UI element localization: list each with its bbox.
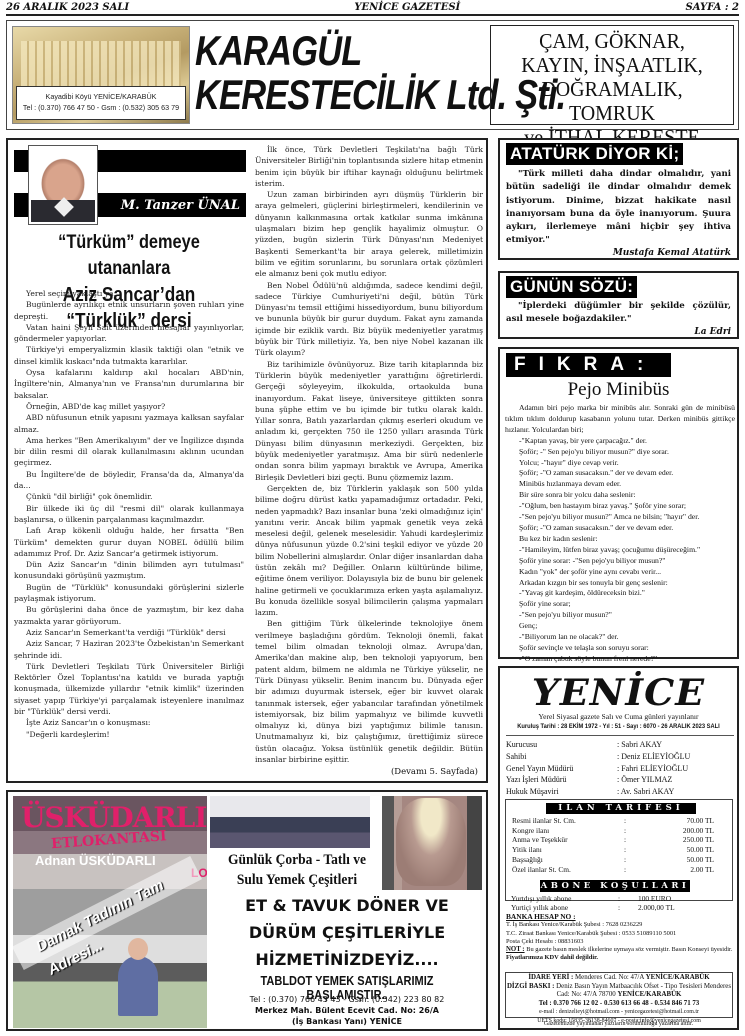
staff-name: : Av. Sabri AKAY <box>617 786 674 798</box>
lumber-advertisement: Kayadibi Köyü YENİCE/KARABÜK Tel : (0.37… <box>6 20 739 130</box>
staff-name: : Deniz ELİEYİOĞLU <box>617 751 690 763</box>
headline-line: DÜRÜM ÇEŞİTLERİYLE <box>208 919 486 946</box>
chef-figure <box>118 956 158 1016</box>
rate-item: Resmi ilanlar St. Cm. <box>512 816 624 826</box>
joke-line: Şoför yine sorar; <box>505 599 735 610</box>
newspaper-imprint: YENİCE Yerel Siyasal gazete Salı ve Cuma… <box>498 666 739 1030</box>
responsibility-notice: Gazetemizde yayınlanan yazıların sorumlu… <box>500 1021 737 1027</box>
brand-line-1: KARAGÜL <box>195 29 433 73</box>
rate-row: Kongre ilanı:200.00 TL <box>512 826 727 836</box>
product-line: DOĞRAMALIK, TOMRUK <box>497 77 727 125</box>
issue-date: 26 ARALIK 2023 SALI <box>6 2 129 14</box>
joke-line: -"Biliyorum lan ne olacak?" der. <box>505 632 735 643</box>
staff-row: Sahibi: Deniz ELİEYİOĞLU <box>506 751 734 763</box>
joke-line: Şoför; -" Sen pejo'yu biliyor musun?" di… <box>505 447 735 458</box>
tagline-line: Günlük Çorba - Tatlı ve <box>221 850 374 870</box>
joke-line: Bir süre sonra bir yolcu daha seslenir: <box>505 490 735 501</box>
paragraph: Bir ülkede iki üç dil "resmi dil" olarak… <box>14 503 244 526</box>
print-city: YENİCE/KARABÜK <box>617 991 681 998</box>
rate-row: Başsağlığı:50.00 TL <box>512 855 727 865</box>
tagline-line: Sulu Yemek Çeşitleri <box>221 870 374 890</box>
office-tel: Tel : 0.370 766 12 02 - 0.530 613 66 48 … <box>506 1000 732 1009</box>
paragraph: İşte Aziz Sancar'ın o konuşması: <box>14 717 244 728</box>
joke-line: Yolcu; -"hayır" diye cevap verir. <box>505 458 735 469</box>
ataturk-quote: "Türk milleti daha dindar olmalıdır, yan… <box>500 165 737 248</box>
joke-line: -"Yavaş git kardeşim, öldüreceksin bizi.… <box>505 588 735 599</box>
rate-item: Başsağlığı <box>512 855 624 865</box>
dining-hall-photo <box>210 796 370 848</box>
paragraph: Aziz Sancar'ın Semerkant'ta verdiği "Tür… <box>14 627 244 638</box>
rate-sep: : <box>624 826 654 836</box>
joke-line: Şoför yine sorar: -"Sen pejo'yu biliyor … <box>505 556 735 567</box>
joke-line: -"Oğlum, ben hastayım biraz yavaş." Şofö… <box>505 501 735 512</box>
lumber-stack-image <box>21 41 181 91</box>
rate-price: 2.00 TL <box>654 865 714 875</box>
paper-name: YENİCE GAZETESİ <box>354 2 460 14</box>
office-label: İDARE YERİ : <box>528 974 573 981</box>
joke-line: Arkadan kızgın bir ses tonuyla bir genç … <box>505 578 735 589</box>
quote-of-day-title: GÜNÜN SÖZÜ: <box>506 276 637 298</box>
print-label: DİZGİ BASKI : <box>507 983 554 990</box>
restaurant-owner: Adnan ÜSKÜDARLI <box>35 853 156 868</box>
paragraph: İlk önce, Türk Devletleri Teşkilatı'na b… <box>255 144 483 189</box>
rate-row: Özel ilanlar St. Cm.:2.00 TL <box>512 865 727 875</box>
subscription-sep: : <box>618 894 638 903</box>
rate-sep: : <box>624 855 654 865</box>
column-article: M. Tanzer ÜNAL “Türküm” demeye utananlar… <box>6 138 488 783</box>
paragraph: Lafı Arap kökenli olduğu halde, her fırs… <box>14 525 244 559</box>
joke-intro: Adamın biri pejo marka bir minibüs alır.… <box>505 403 735 436</box>
staff-name: : Ömer YILMAZ <box>617 774 672 786</box>
subscription-item: Yurtiçi yıllık abone <box>511 903 618 912</box>
joke-line: Şoför sevinçle ve telaşla son soruyu sor… <box>505 643 735 654</box>
page-masthead: 26 ARALIK 2023 SALI YENİCE GAZETESİ SAYF… <box>6 2 739 16</box>
quote-of-day-signature: La Edri <box>500 327 737 337</box>
staff-role: Genel Yayın Müdürü <box>506 763 617 775</box>
joke-line: -"Sen pejo'yu biliyor musun?" Amca ne bi… <box>505 512 735 523</box>
rate-row: Resmi ilanlar St. Cm.:70.00 TL <box>512 816 727 826</box>
author-banner: M. Tanzer ÜNAL <box>14 145 246 223</box>
paragraph: Biz tarihimizle övünüyoruz. Bize tarih k… <box>255 359 483 483</box>
paragraph: Oysa kafalarını kaldırıp akıl hocaları A… <box>14 367 244 401</box>
article-column-2: İlk önce, Türk Devletleri Teşkilatı'na b… <box>255 144 483 765</box>
paragraph: Dün Aziz Sancar'ın "dinin bilimden ayrı … <box>14 559 244 582</box>
rate-item: Yitik ilanı <box>512 845 624 855</box>
note-label: NOT : <box>506 946 525 953</box>
staff-row: Genel Yayın Müdürü: Fahri ELİEYİOĞLU <box>506 763 734 775</box>
paragraph: Ama herkes "Ben Amerikalıyım" der ve İng… <box>14 435 244 469</box>
joke-line: Şoför; -"O zaman susacaksın." der ve dev… <box>505 523 735 534</box>
subscription-sep: : <box>618 903 638 912</box>
subscription-price: 100 EURO <box>638 894 671 903</box>
newspaper-subtitle: Yerel Siyasal gazete Salı ve Cuma günler… <box>500 712 737 721</box>
bank-title: BANKA HESAP NO : <box>506 913 736 921</box>
doner-photo <box>382 796 482 890</box>
ataturk-quote-box: ATATÜRK DİYOR Kİ; "Türk milleti daha din… <box>498 138 739 260</box>
quote-of-day: "İplerdeki düğümler bir şekilde çözülür,… <box>500 298 737 327</box>
joke-title: Pejo Minibüs <box>500 379 737 401</box>
ataturk-signature: Mustafa Kemal Atatürk <box>500 248 737 258</box>
joke-line: -"Sen pejo'yu biliyor musun?" <box>505 610 735 621</box>
subscription-row: Yurtdışı yıllık abone:100 EURO <box>511 894 726 903</box>
joke-body: Adamın biri pejo marka bir minibüs alır.… <box>505 403 735 665</box>
paragraph: ABD nüfusunun etnik yapısını yazmaya kal… <box>14 412 244 435</box>
staff-list: Kurucusu: Sabri AKAY Sahibi: Deniz ELİEY… <box>506 735 734 798</box>
rate-price: 50.00 TL <box>654 855 714 865</box>
staff-row: Yazı İşleri Müdürü: Ömer YILMAZ <box>506 774 734 786</box>
lumber-products: ÇAM, GÖKNAR, KAYIN, İNŞAATLIK, DOĞRAMALI… <box>490 25 734 125</box>
paragraph: Yerel seçim yaklaştı ya... <box>14 288 244 299</box>
staff-role: Hukuk Müşaviri <box>506 786 617 798</box>
staff-role: Kurucusu <box>506 739 617 751</box>
rate-row: Yitik ilanı:50.00 TL <box>512 845 727 855</box>
rate-item: Anma ve Teşekkür <box>512 835 624 845</box>
rate-price: 250.00 TL <box>654 835 714 845</box>
paragraph: "Değerli kardeşlerim! <box>14 729 244 740</box>
quote-text: "Türk milleti daha dindar olmalıdır, yan… <box>506 168 731 248</box>
restaurant-address: Merkez Mah. Bülent Ecevit Cad. No: 26/A <box>255 1006 439 1015</box>
founding-info: Kuruluş Tarihi : 28 EKİM 1972 - Yıl : 51… <box>512 723 725 730</box>
rate-item: Özel ilanlar St. Cm. <box>512 865 624 875</box>
rate-price: 200.00 TL <box>654 826 714 836</box>
author-photo <box>28 145 98 225</box>
rate-row: Anma ve Teşekkür:250.00 TL <box>512 835 727 845</box>
product-line: KAYIN, İNŞAATLIK, <box>497 53 727 77</box>
staff-role: Sahibi <box>506 751 617 763</box>
subscription-price: 2.000,00 TL <box>638 903 675 912</box>
rate-sep: : <box>624 816 654 826</box>
subscription-item: Yurtdışı yıllık abone <box>511 894 618 903</box>
paragraph: Vatan haini Şeyh Sait üzerinden mesajlar… <box>14 322 244 345</box>
office-city: YENİCE/KARABÜK <box>646 974 710 981</box>
office-email: e-mail : denizelieyi@hotmail.com - yenic… <box>506 1008 732 1017</box>
joke-line: Genç; <box>505 621 735 632</box>
paragraph: Gerçekten de, biz Türklerin yaklaşık son… <box>255 483 483 619</box>
joke-line: Minibüs hızlanmaya devam eder. <box>505 479 735 490</box>
note: NOT : Bu gazete basın meslek ilkelerine … <box>506 946 736 963</box>
paragraph: Ben Nobel Ödülü'nü aldığımda, sadece ken… <box>255 280 483 359</box>
joke-line: Şoför; -"O zaman susacaksın." der ve dev… <box>505 468 735 479</box>
restaurant-headline: ET & TAVUK DÖNER VE DÜRÜM ÇEŞİTLERİYLE H… <box>208 892 486 973</box>
rate-sep: : <box>624 845 654 855</box>
joke-line: Kadın "yok" der şoför yine aynı cevabı v… <box>505 567 735 578</box>
lumber-brand: KARAGÜL KERESTECİLİK Ltd. Şti. <box>195 29 433 117</box>
author-name: M. Tanzer ÜNAL <box>121 198 240 213</box>
joke-line: -"Hamileyim, lütfen biraz yavaş; çocuğum… <box>505 545 735 556</box>
continued-on-page: (Devamı 5. Sayfada) <box>391 767 478 777</box>
paragraph: Çünkü "dil birliği" çok önemlidir. <box>14 491 244 502</box>
restaurant-phones: Tel : (0.370) 766 43 43 - Gsm: (0.542) 2… <box>208 994 486 1005</box>
restaurant-contact: Tel : (0.370) 766 43 43 - Gsm: (0.542) 2… <box>208 994 486 1027</box>
rate-price: 50.00 TL <box>654 845 714 855</box>
restaurant-photo: ÜSKÜDARLI ETLOKANTASI Adnan ÜSKÜDARLI LO… <box>13 796 207 1028</box>
restaurant-tagline: Günlük Çorba - Tatlı ve Sulu Yemek Çeşit… <box>221 850 374 890</box>
staff-row: Hukuk Müşaviri: Av. Sabri AKAY <box>506 786 734 798</box>
headline-line: ET & TAVUK DÖNER VE <box>208 892 486 919</box>
ad-rates-title: İLAN TARİFESİ <box>546 803 696 814</box>
headline-line-1: “Türküm” demeye utananlara <box>30 230 228 282</box>
paragraph: Uzun zaman birbirinden ayrı düşmüş Türkl… <box>255 189 483 279</box>
restaurant-banner: Damak Tadının Tam Adresi... <box>13 856 202 970</box>
paragraph: Bu İngiltere'de de böyledir, Fransa'da d… <box>14 469 244 492</box>
rate-item: Kongre ilanı <box>512 826 624 836</box>
page-number: SAYFA : 2 <box>685 2 739 14</box>
rate-price: 70.00 TL <box>654 816 714 826</box>
lumber-photo: Kayadibi Köyü YENİCE/KARABÜK Tel : (0.37… <box>12 26 190 124</box>
paragraph: Örneğin, ABD'de kaç millet yaşıyor? <box>14 401 244 412</box>
rate-sep: : <box>624 835 654 845</box>
joke-line: Bu kez bir kadın seslenir: <box>505 534 735 545</box>
joke-label: FIKRA: <box>506 353 671 377</box>
quote-of-day-box: GÜNÜN SÖZÜ: "İplerdeki düğümler bir şeki… <box>498 271 739 339</box>
note-text: Bu gazete basın meslek ilkelerine uymaya… <box>526 946 732 953</box>
paragraph: Bu görüşlerini daha önce de yazmıştım, b… <box>14 604 244 627</box>
office-address: Menderes Cad. No: 47/A <box>575 974 644 981</box>
paragraph: Bugünlerde ayrılıkçı etnik unsurların şo… <box>14 299 244 322</box>
ad-rates-table: Resmi ilanlar St. Cm.:70.00 TL Kongre il… <box>512 816 727 874</box>
paragraph: Türk Devletleri Teşkilatı Türk Üniversit… <box>14 661 244 717</box>
bank-line: Posta Çeki Hesabı : 08831603 <box>506 938 736 946</box>
office-line: İDARE YERİ : Menderes Cad. No: 47/A YENİ… <box>506 974 732 983</box>
bank-info: BANKA HESAP NO : T. İş Bankası Yenice/Ka… <box>506 913 736 963</box>
paragraph: Ben gittiğim Türk ülkelerinde teknolojiy… <box>255 618 483 765</box>
quote-text: "İplerdeki düğümler bir şekilde çözülür,… <box>506 300 731 327</box>
paragraph: Bugün de "Türklük" konusundaki görüşleri… <box>14 582 244 605</box>
note-bold: Fiyatlarımıza KDV dahil değildir. <box>506 954 598 961</box>
headline-line: HİZMETİNİZDEYİZ.... <box>208 946 486 973</box>
print-line: DİZGİ BASKI : Deniz Basın Yayın Matbaacı… <box>506 983 732 1000</box>
restaurant-advertisement: ÜSKÜDARLI ETLOKANTASI Adnan ÜSKÜDARLI LO… <box>6 790 488 1031</box>
staff-name: : Fahri ELİEYİOĞLU <box>617 763 688 775</box>
lumber-address-box: Kayadibi Köyü YENİCE/KARABÜK Tel : (0.37… <box>16 86 186 120</box>
staff-row: Kurucusu: Sabri AKAY <box>506 739 734 751</box>
subscription-row: Yurtiçi yıllık abone:2.000,00 TL <box>511 903 726 912</box>
product-line: ÇAM, GÖKNAR, <box>497 29 727 53</box>
author-portrait <box>31 148 95 222</box>
paragraph: Türkiye'yi emperyalizmin klasik taktiği … <box>14 344 244 367</box>
subscription-table: Yurtdışı yıllık abone:100 EURO Yurtiçi y… <box>511 894 726 912</box>
subscription-title: ABONE KOŞULLARI <box>540 880 690 892</box>
article-column-1: Yerel seçim yaklaştı ya... Bugünlerde ay… <box>14 288 244 740</box>
ataturk-title: ATATÜRK DİYOR Kİ; <box>506 143 683 165</box>
restaurant-address-landmark: (İş Bankası Yanı) YENİCE <box>292 1017 402 1026</box>
bank-line: T. İş Bankası Yenice/Karabük Şubesi : 76… <box>506 921 736 929</box>
staff-role: Yazı İşleri Müdürü <box>506 774 617 786</box>
lumber-phones: Tel : (0.370) 766 47 50 - Gsm : (0.532) … <box>17 102 185 113</box>
newspaper-logo: YENİCE <box>494 672 743 714</box>
paragraph: Aziz Sancar, 7 Haziran 2023'te Özbekista… <box>14 638 244 661</box>
joke-line: -"Kaptan yavaş, bir yere çarpacağız." de… <box>505 436 735 447</box>
staff-name: : Sabri AKAY <box>617 739 662 751</box>
joke-line: -"O zaman çabuk söyle bunun freni nerede… <box>505 654 735 665</box>
office-box: İDARE YERİ : Menderes Cad. No: 47/A YENİ… <box>505 972 733 1018</box>
brand-line-2: KERESTECİLİK Ltd. Şti. <box>195 73 433 117</box>
rate-sep: : <box>624 865 654 875</box>
lumber-address: Kayadibi Köyü YENİCE/KARABÜK <box>17 91 185 102</box>
joke-box: FIKRA: Pejo Minibüs Adamın biri pejo mar… <box>498 347 739 659</box>
bank-line: T.C. Ziraat Bankası Yenice/Karabük Şubes… <box>506 930 736 938</box>
